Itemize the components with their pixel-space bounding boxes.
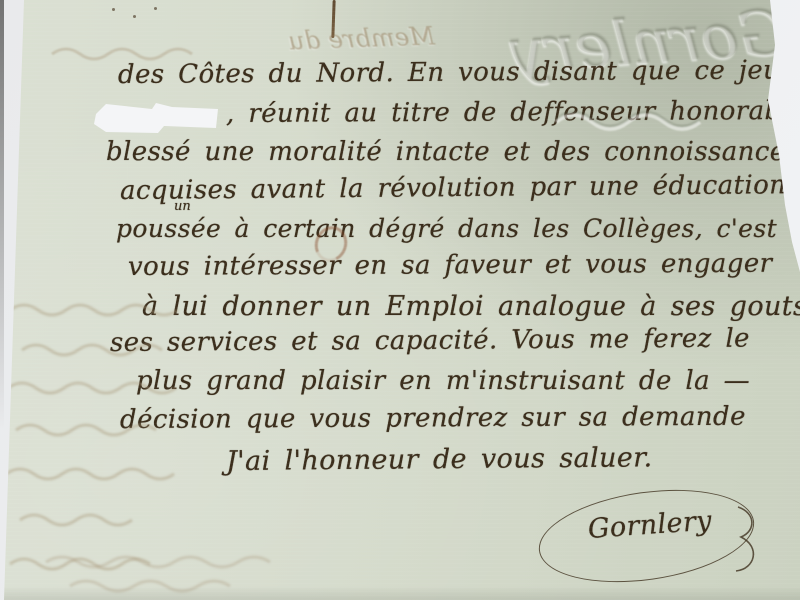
- letter-line: à lui donner un Emploi analogue à ses go…: [142, 291, 800, 322]
- letter-line: acquises avant la révolution par une édu…: [120, 170, 787, 206]
- closing-line: J'ai l'honneur de vous saluer.: [226, 442, 653, 477]
- ink-speck: [154, 7, 157, 10]
- embossed-membre-text: Membre du: [288, 21, 436, 55]
- photo-of-letter: Gornlery Membre du des Côtes du Nord. En…: [0, 0, 800, 600]
- letter-line: plus grand plaisir en m'instruisant de l…: [136, 366, 750, 396]
- ink-speck: [112, 8, 115, 11]
- letter-line: des Côtes du Nord. En vous disant que ce…: [118, 55, 800, 90]
- showthrough-writing-bottom: [40, 548, 400, 598]
- paper-hole-cutout: [94, 102, 218, 134]
- background-edge-shadow: [0, 0, 4, 430]
- letter-line: , réunit au titre de deffenseur honorabl…: [226, 96, 800, 129]
- letter-line: ses services et sa capacité. Vous me fer…: [110, 324, 750, 358]
- letter-line: poussée à certain dégré dans les Collège…: [116, 214, 800, 243]
- letter-line: vous intéresser en sa faveur et vous eng…: [128, 249, 773, 282]
- letter-line: blessé une moralité intacte et des conno…: [106, 137, 799, 167]
- ink-speck: [133, 15, 136, 18]
- inserted-word: un: [174, 199, 191, 214]
- letter-line: décision que vous prendrez sur sa demand…: [120, 402, 746, 435]
- letter-paper: Gornlery Membre du des Côtes du Nord. En…: [0, 0, 800, 600]
